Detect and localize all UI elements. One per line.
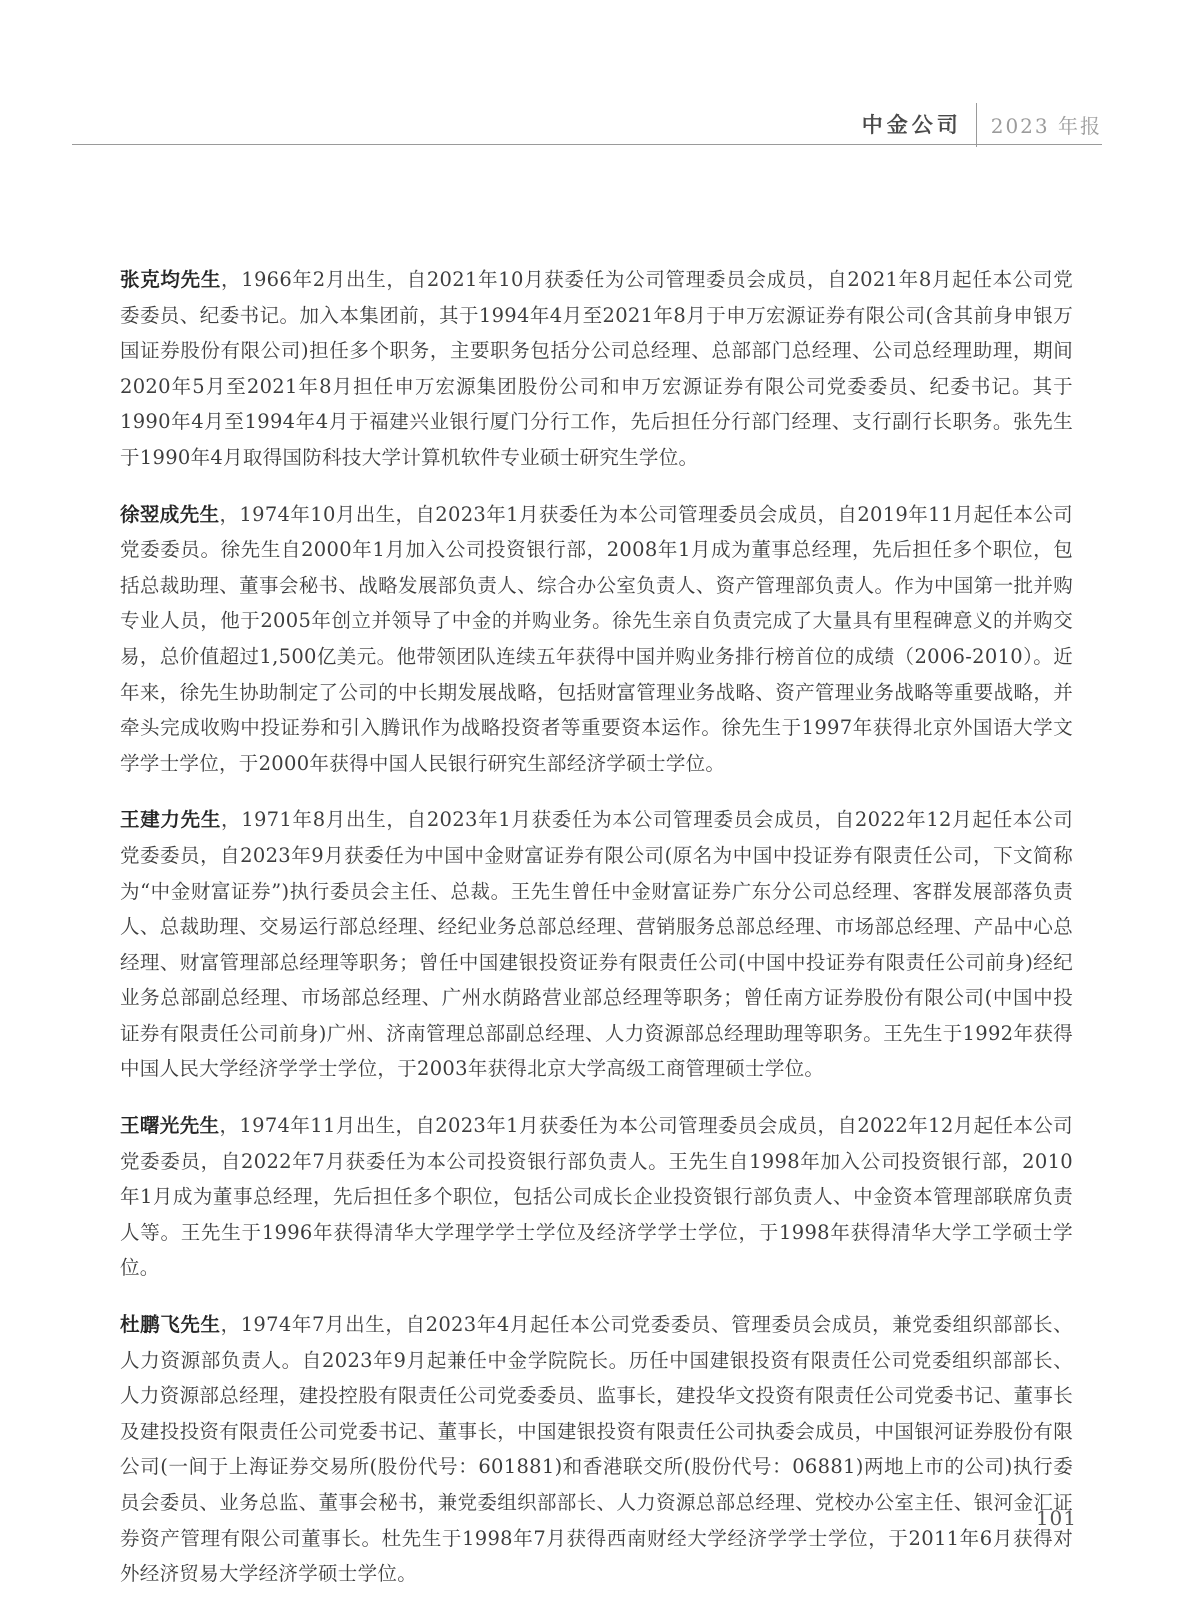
person-name: 王曙光先生 (120, 1114, 220, 1137)
person-name: 王建力先生 (120, 808, 221, 831)
bio-paragraph: 张克均先生，1966年2月出生，自2021年10月获委任为公司管理委员会成员，自… (120, 262, 1073, 476)
bio-text: ，1971年8月出生，自2023年1月获委任为本公司管理委员会成员，自2022年… (120, 808, 1073, 1080)
bio-text: ，1974年10月出生，自2023年1月获委任为本公司管理委员会成员，自2019… (120, 503, 1073, 775)
report-year: 2023 年报 (977, 110, 1102, 139)
executive-bios-section: 张克均先生，1966年2月出生，自2021年10月获委任为公司管理委员会成员，自… (120, 262, 1073, 1613)
person-name: 徐翌成先生 (120, 503, 220, 526)
person-name: 张克均先生 (120, 268, 221, 291)
bio-paragraph: 王建力先生，1971年8月出生，自2023年1月获委任为本公司管理委员会成员，自… (120, 802, 1073, 1087)
bio-paragraph: 王曙光先生，1974年11月出生，自2023年1月获委任为本公司管理委员会成员，… (120, 1108, 1073, 1286)
bio-text: ，1966年2月出生，自2021年10月获委任为公司管理委员会成员，自2021年… (120, 268, 1073, 469)
person-name: 杜鹏飞先生 (120, 1313, 221, 1336)
bio-text: ，1974年7月出生，自2023年4月起任本公司党委委员、管理委员会成员，兼党委… (120, 1313, 1073, 1585)
header-rule (72, 144, 1102, 145)
company-name: 中金公司 (862, 109, 976, 139)
page-number: 101 (1036, 1506, 1077, 1530)
bio-paragraph: 徐翌成先生，1974年10月出生，自2023年1月获委任为本公司管理委员会成员，… (120, 497, 1073, 782)
bio-text: ，1974年11月出生，自2023年1月获委任为本公司管理委员会成员，自2022… (120, 1114, 1073, 1279)
bio-paragraph: 杜鹏飞先生，1974年7月出生，自2023年4月起任本公司党委委员、管理委员会成… (120, 1307, 1073, 1592)
report-header: 中金公司 2023 年报 (862, 103, 1102, 145)
